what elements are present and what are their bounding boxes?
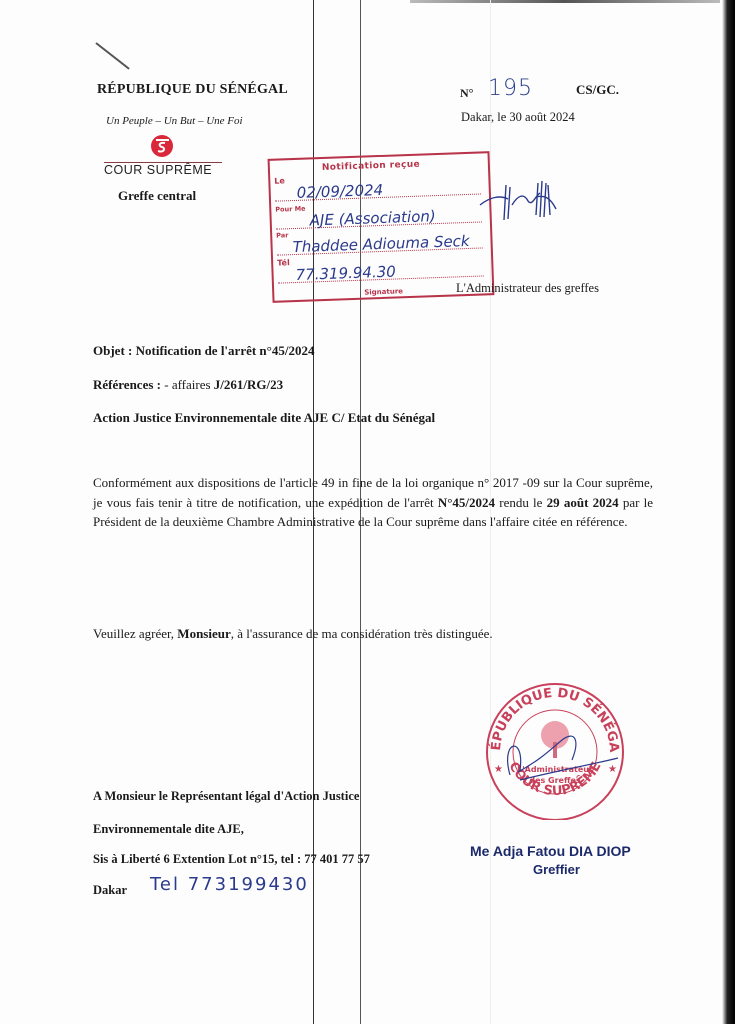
greffier-name: Me Adja Fatou DIA DIOP [470, 843, 631, 859]
court-logo-icon [150, 134, 174, 158]
subject-label: Objet : [93, 343, 132, 358]
department-name: Greffe central [118, 188, 196, 204]
closing-text: Veuillez agréer, [93, 626, 177, 641]
reference-code: CS/GC. [576, 82, 619, 98]
pen-mark [95, 42, 129, 69]
stamp-by-label: Par [276, 231, 288, 239]
stamp-date-label: Le [274, 176, 285, 185]
handwritten-signature [478, 175, 568, 230]
number-label: N° [460, 86, 473, 101]
addressee-line-3: Sis à Liberté 6 Extention Lot n°15, tel … [93, 852, 370, 867]
body-text: rendu le [495, 495, 547, 510]
addressee-city: Dakar [93, 883, 127, 898]
ruling-number: N°45/2024 [438, 495, 495, 510]
official-seal: RÉPUBLIQUE DU SÉNÉGAL COUR SUPRÊME ★ ★ L… [480, 680, 630, 820]
subject-line: Objet : Notification de l'arrêt n°45/202… [93, 343, 314, 359]
stamp-phone-row: Tél 77.319.94.30 [277, 251, 484, 283]
scan-edge-right [722, 0, 735, 1024]
references-prefix: - affaires [164, 377, 210, 392]
stamp-date-value: 02/09/2024 [296, 181, 383, 202]
stamp-signature-label: Signature [364, 287, 403, 296]
references-label: Références : [93, 377, 161, 392]
closing-formula: Veuillez agréer, Monsieur, à l'assurance… [93, 626, 493, 642]
case-parties: Action Justice Environnementale dite AJE… [93, 410, 435, 426]
seal-inner-line2: des Greffes [529, 776, 581, 785]
references-line: Références : - affaires J/261/RG/23 [93, 377, 283, 393]
svg-text:★: ★ [608, 764, 617, 775]
document-number: 195 [488, 76, 533, 101]
ruling-date: 29 août 2024 [547, 495, 619, 510]
addressee-line-2: Environnementale dite AJE, [93, 822, 244, 837]
stamp-title: Notification reçue [322, 160, 421, 173]
republic-title: RÉPUBLIQUE DU SÉNÉGAL [97, 82, 288, 98]
stamp-phone-value: 77.319.94.30 [295, 263, 396, 284]
stamp-date-row: Le 02/09/2024 [274, 170, 481, 202]
stamp-for-label: Pour Me [275, 205, 305, 214]
scan-edge-shadow [410, 0, 720, 3]
greffier-title: Greffier [533, 862, 580, 877]
svg-text:★: ★ [494, 764, 503, 775]
national-motto: Un Peuple – Un But – Une Foi [106, 115, 243, 127]
closing-text: , à l'assurance de ma considération très… [231, 626, 493, 641]
court-name: COUR SUPRÊME [104, 163, 212, 177]
stamp-phone-label: Tél [277, 258, 290, 267]
signatory-title: L'Administrateur des greffes [456, 281, 599, 296]
addressee-line-1: A Monsieur le Représentant légal d'Actio… [93, 789, 359, 804]
subject-value: Notification de l'arrêt n°45/2024 [136, 343, 315, 358]
handwritten-phone: Tel 773199430 [150, 874, 309, 895]
date-line: Dakar, le 30 août 2024 [461, 110, 575, 125]
body-paragraph: Conformément aux dispositions de l'artic… [93, 473, 653, 532]
references-value: J/261/RG/23 [214, 377, 283, 392]
closing-salutation: Monsieur [177, 626, 230, 641]
